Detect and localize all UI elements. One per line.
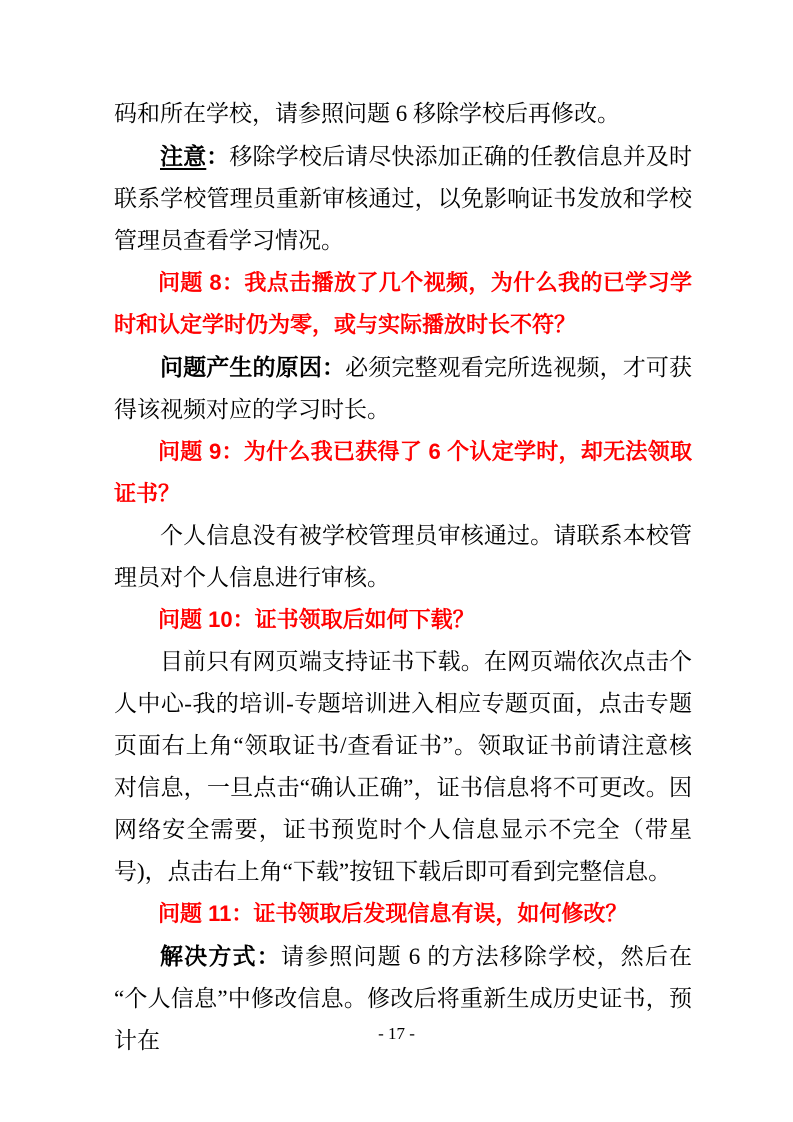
paragraph-notice: 注意：移除学校后请尽快添加正确的任教信息并及时联系学校管理员重新审核通过，以免影… <box>114 135 692 262</box>
question-8-heading: 问题 8：我点击播放了几个视频，为什么我的已学习学时和认定学时仍为零，或与实际播… <box>114 262 692 346</box>
question-11-heading: 问题 11：证书领取后发现信息有误，如何修改？ <box>114 893 692 935</box>
reason-label: 问题产生的原因： <box>160 354 345 380</box>
paragraph-text: 目前只有网页端支持证书下载。在网页端依次点击个人中心-我的培训-专题培训进入相应… <box>114 649 692 884</box>
paragraph-text: 码和所在学校，请参照问题 6 移除学校后再修改。 <box>114 101 620 126</box>
paragraph-reason: 问题产生的原因：必须完整观看完所选视频，才可获得该视频对应的学习时长。 <box>114 346 692 431</box>
document-page: 码和所在学校，请参照问题 6 移除学校后再修改。 注意：移除学校后请尽快添加正确… <box>0 0 793 1122</box>
notice-colon: ： <box>206 143 229 169</box>
notice-label: 注意 <box>160 143 206 169</box>
paragraph-text: 个人信息没有被学校管理员审核通过。请联系本校管理员对个人信息进行审核。 <box>114 523 692 590</box>
question-9-heading: 问题 9：为什么我已获得了 6 个认定学时，却无法领取证书？ <box>114 431 692 515</box>
question-text: 问题 10：证书领取后如何下载？ <box>158 607 475 632</box>
question-10-heading: 问题 10：证书领取后如何下载？ <box>114 599 692 641</box>
paragraph-answer-10: 目前只有网页端支持证书下载。在网页端依次点击个人中心-我的培训-专题培训进入相应… <box>114 641 692 893</box>
page-body: 码和所在学校，请参照问题 6 移除学校后再修改。 注意：移除学校后请尽快添加正确… <box>114 93 692 1062</box>
solution-label: 解决方式： <box>160 943 281 969</box>
paragraph-answer-9: 个人信息没有被学校管理员审核通过。请联系本校管理员对个人信息进行审核。 <box>114 515 692 599</box>
question-text: 问题 11：证书领取后发现信息有误，如何修改？ <box>158 901 627 926</box>
page-number: - 17 - <box>0 1022 793 1046</box>
question-text: 问题 8：我点击播放了几个视频，为什么我的已学习学时和认定学时仍为零，或与实际播… <box>114 270 692 337</box>
question-text: 问题 9：为什么我已获得了 6 个认定学时，却无法领取证书？ <box>114 439 692 506</box>
paragraph-continuation: 码和所在学校，请参照问题 6 移除学校后再修改。 <box>114 93 692 135</box>
